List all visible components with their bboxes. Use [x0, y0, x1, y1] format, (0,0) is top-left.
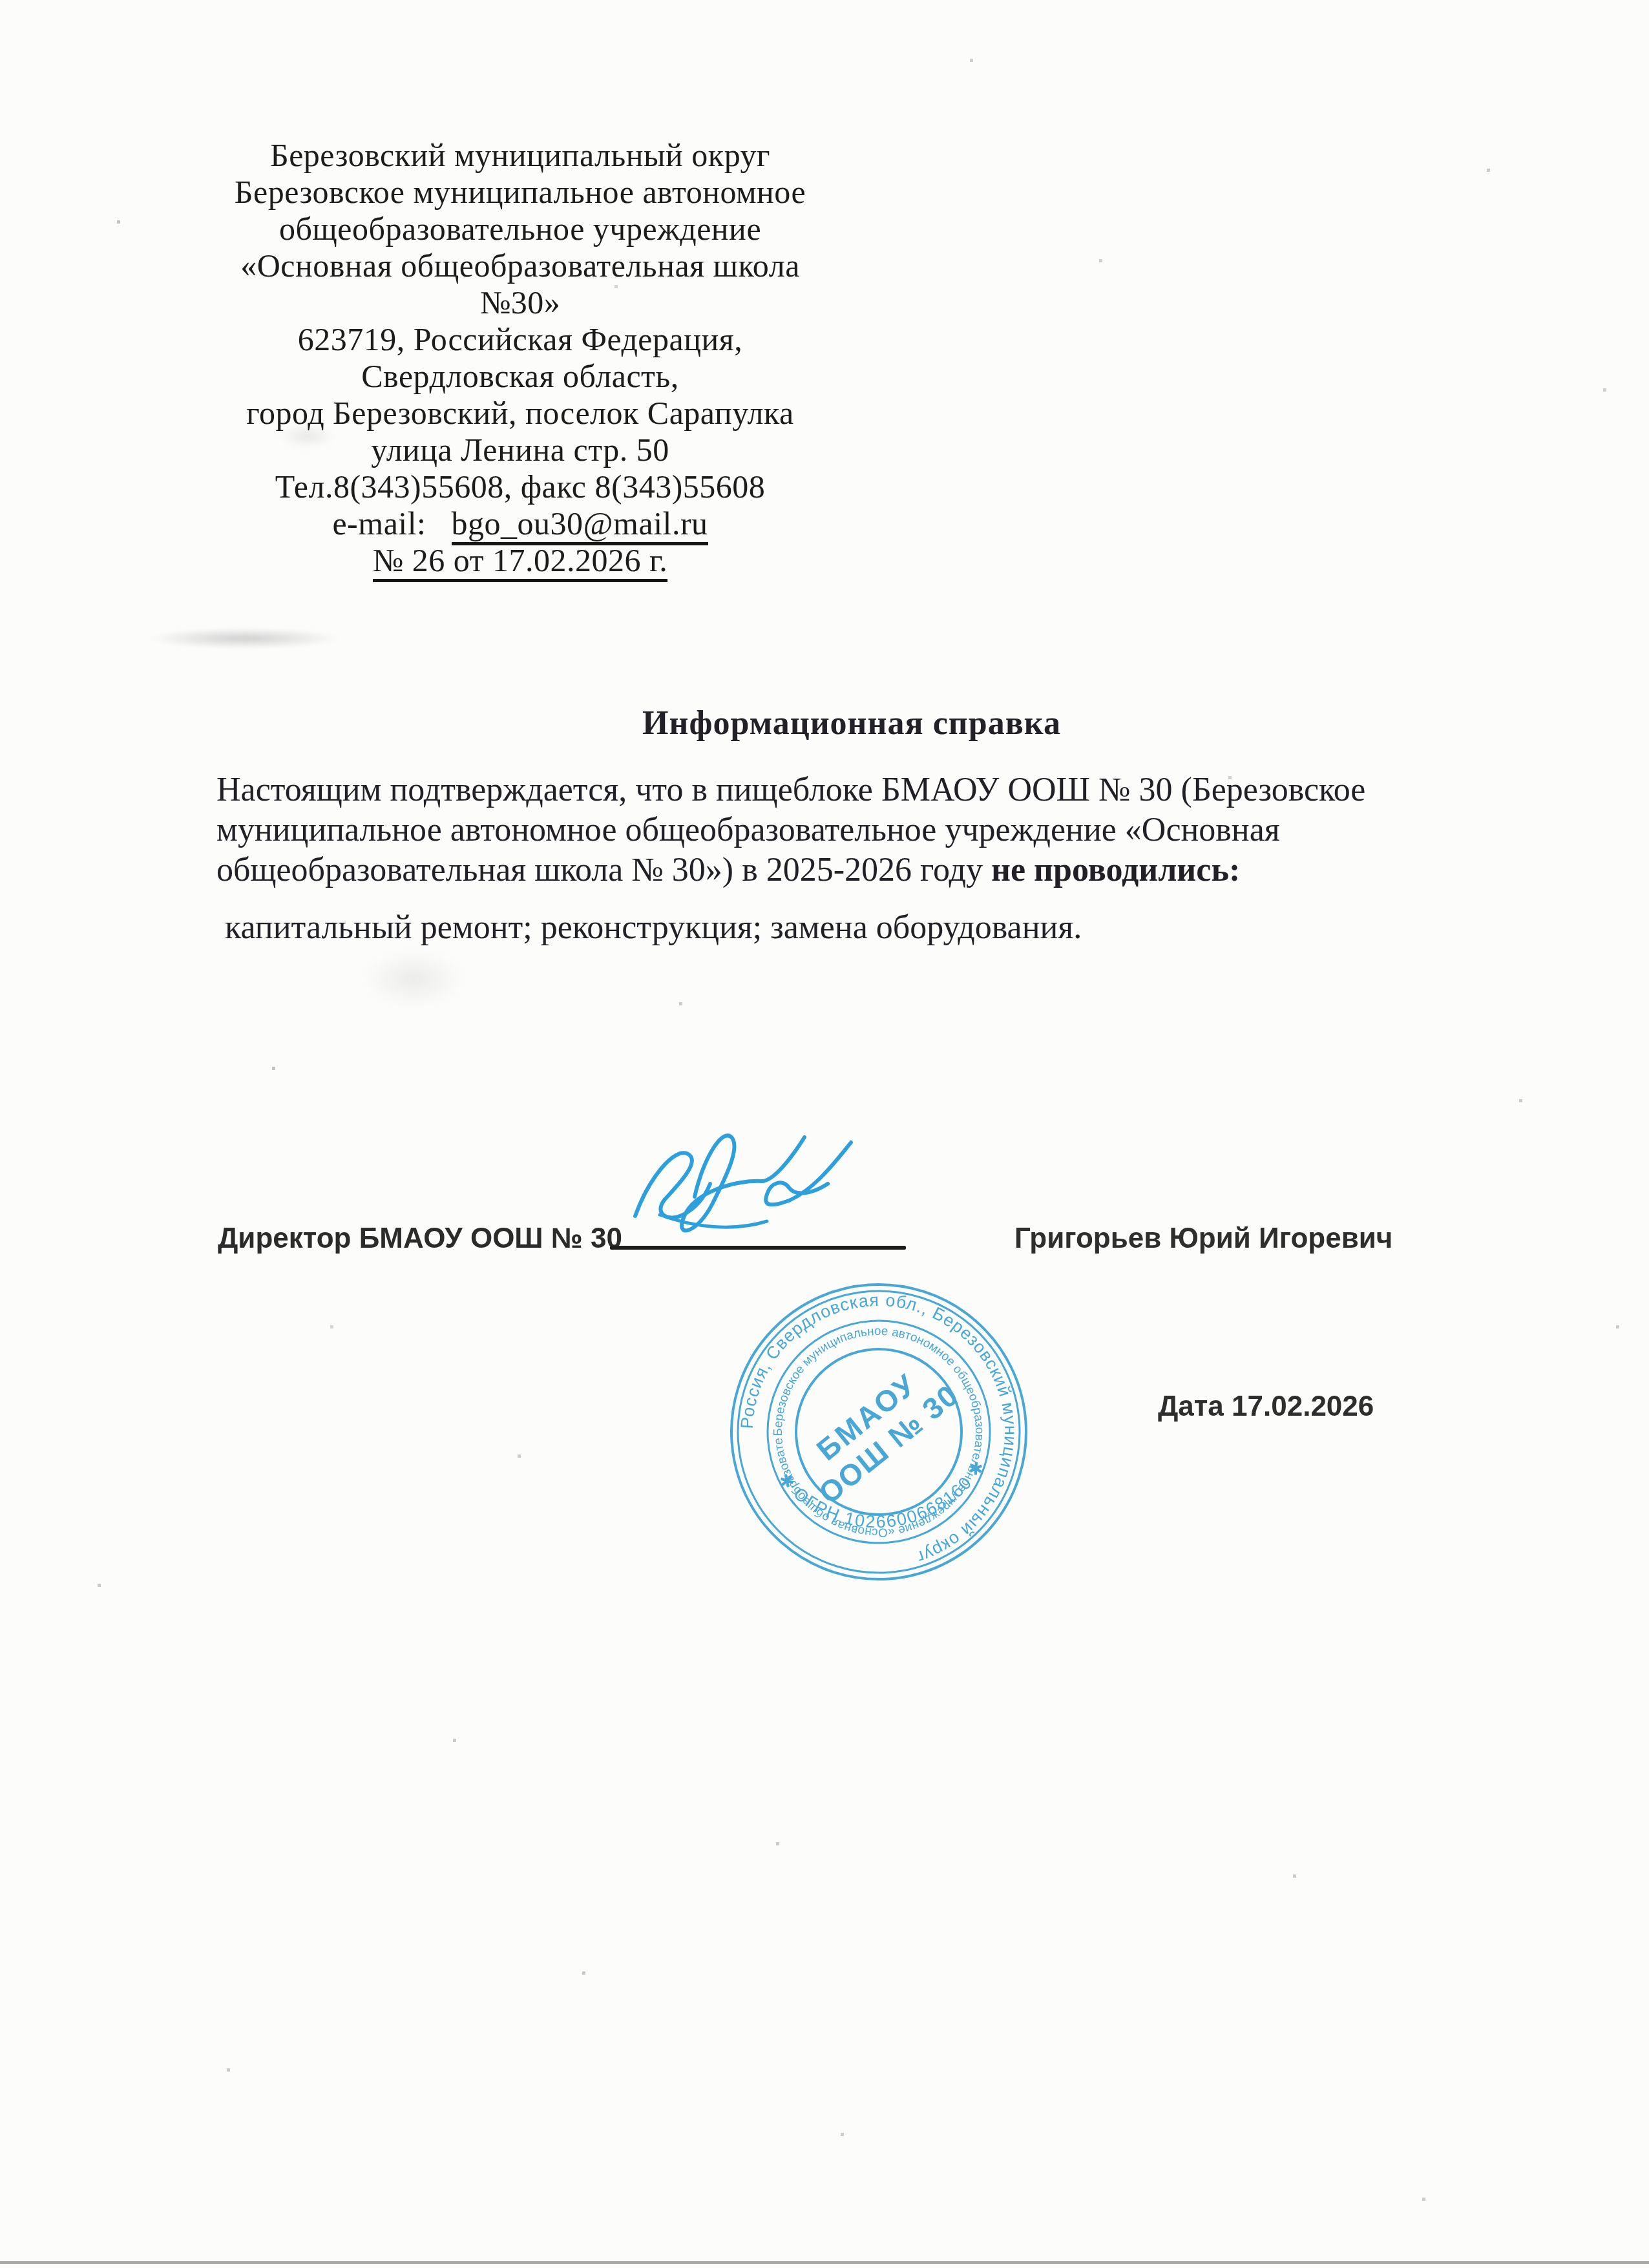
document-date: Дата 17.02.2026	[1158, 1391, 1374, 1423]
body-text-bold: не проводились	[991, 852, 1229, 888]
reference-number-line: № 26 от 17.02.2026 г.	[210, 542, 830, 579]
letterhead-line: Тел.8(343)55608, факс 8(343)55608	[210, 468, 830, 505]
reference-number: № 26 от 17.02.2026 г.	[373, 542, 668, 582]
letterhead-line: Свердловская область,	[210, 358, 830, 395]
works-list-line: капитальный ремонт; реконструкция; замен…	[225, 908, 1394, 947]
document-title: Информационная справка	[216, 704, 1487, 742]
document-page: Березовский муниципальный округ Березовс…	[0, 0, 1649, 2268]
letterhead-line: Березовский муниципальный округ	[210, 137, 830, 174]
scan-smudge	[362, 950, 465, 1008]
scan-edge-line	[0, 2261, 1649, 2264]
letterhead-line: 623719, Российская Федерация,	[210, 321, 830, 358]
signature-line	[610, 1246, 906, 1250]
letterhead-line: №30»	[210, 284, 830, 321]
letterhead-line: «Основная общеобразовательная школа	[210, 247, 830, 284]
email-label: e-mail:	[332, 505, 426, 541]
signature-handwriting	[598, 1118, 901, 1279]
letterhead-line: улица Ленина стр. 50	[210, 432, 830, 468]
letterhead-line: Березовское муниципальное автономное	[210, 174, 830, 211]
letterhead: Березовский муниципальный округ Березовс…	[210, 137, 830, 579]
director-name: Григорьев Юрий Игоревич	[1014, 1223, 1392, 1255]
body-paragraph: Настоящим подтверждается, что в пищеблок…	[216, 770, 1386, 890]
letterhead-line: город Березовский, поселок Сарапулка	[210, 395, 830, 432]
official-stamp: Россия, Свердловская обл., Березовский м…	[716, 1269, 1042, 1595]
scan-noise	[0, 0, 2, 2]
letterhead-line: общеобразовательное учреждение	[210, 211, 830, 247]
scan-smudge	[150, 628, 339, 649]
body-text-colon: :	[1229, 852, 1240, 888]
letterhead-email-line: e-mail: bgo_ou30@mail.ru	[210, 505, 830, 542]
letterhead-email: bgo_ou30@mail.ru	[452, 505, 708, 545]
director-label: Директор БМАОУ ООШ № 30	[218, 1223, 622, 1255]
